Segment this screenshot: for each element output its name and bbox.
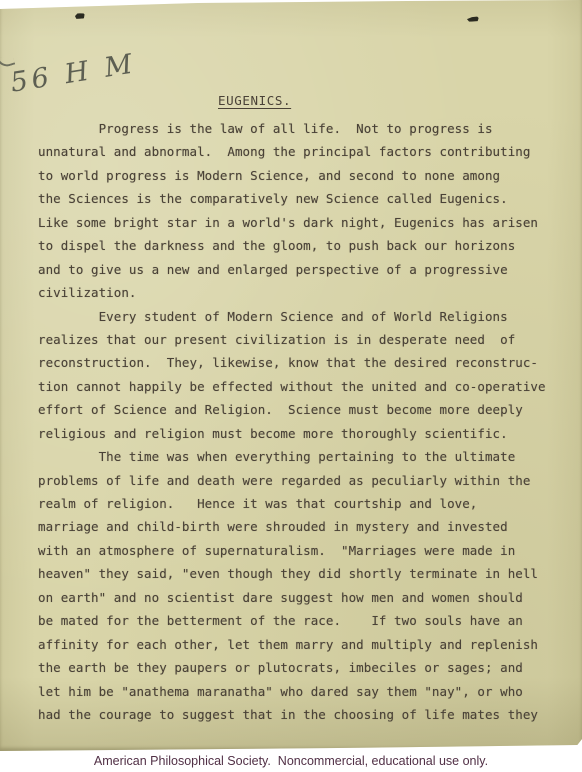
typed-line: marriage and child-birth were shrouded i…	[38, 515, 568, 538]
typed-line: religious and religion must become more …	[38, 422, 568, 445]
typed-line: the Sciences is the comparatively new Sc…	[38, 187, 568, 210]
copyright-footer: American Philosophical Society. Noncomme…	[0, 751, 582, 772]
handwritten-catalog-number: 56 H M	[8, 48, 138, 98]
typed-line: reconstruction. They, likewise, know tha…	[38, 351, 568, 374]
typed-line: realm of religion. Hence it was that cou…	[38, 492, 568, 515]
typed-line: problems of life and death were regarded…	[38, 469, 568, 492]
typed-line: the earth be they paupers or plutocrats,…	[38, 656, 568, 679]
document-title: EUGENICS.	[218, 93, 291, 108]
staple-mark-left	[75, 12, 86, 19]
typed-line: The time was when everything pertaining …	[38, 445, 568, 468]
typed-line: be mated for the betterment of the race.…	[38, 609, 568, 632]
typed-body-text: Progress is the law of all life. Not to …	[38, 117, 568, 726]
typed-line: let him be "anathema maranatha" who dare…	[38, 680, 568, 703]
typed-line: on earth" and no scientist dare suggest …	[38, 586, 568, 609]
typed-line: to dispel the darkness and the gloom, to…	[38, 234, 568, 257]
typed-line: to world progress is Modern Science, and…	[38, 164, 568, 187]
typed-line: unnatural and abnormal. Among the princi…	[38, 140, 568, 163]
typed-line: realizes that our present civilization i…	[38, 328, 568, 351]
typed-line: Every student of Modern Science and of W…	[38, 305, 568, 328]
typed-line: affinity for each other, let them marry …	[38, 633, 568, 656]
typed-line: had the courage to suggest that in the c…	[38, 703, 568, 726]
typed-line: tion cannot happily be effected without …	[38, 375, 568, 398]
typed-line: heaven" they said, "even though they did…	[38, 562, 568, 585]
typed-line: Like some bright star in a world's dark …	[38, 211, 568, 234]
staple-mark-right	[467, 16, 479, 23]
paper-sheet: 56 H M EUGENICS. Progress is the law of …	[0, 0, 582, 752]
typed-line: and to give us a new and enlarged perspe…	[38, 258, 568, 281]
typed-line: civilization.	[38, 281, 568, 304]
typed-line: Progress is the law of all life. Not to …	[38, 117, 568, 140]
typed-line: effort of Science and Religion. Science …	[38, 398, 568, 421]
typed-line: with an atmosphere of supernaturalism. "…	[38, 539, 568, 562]
